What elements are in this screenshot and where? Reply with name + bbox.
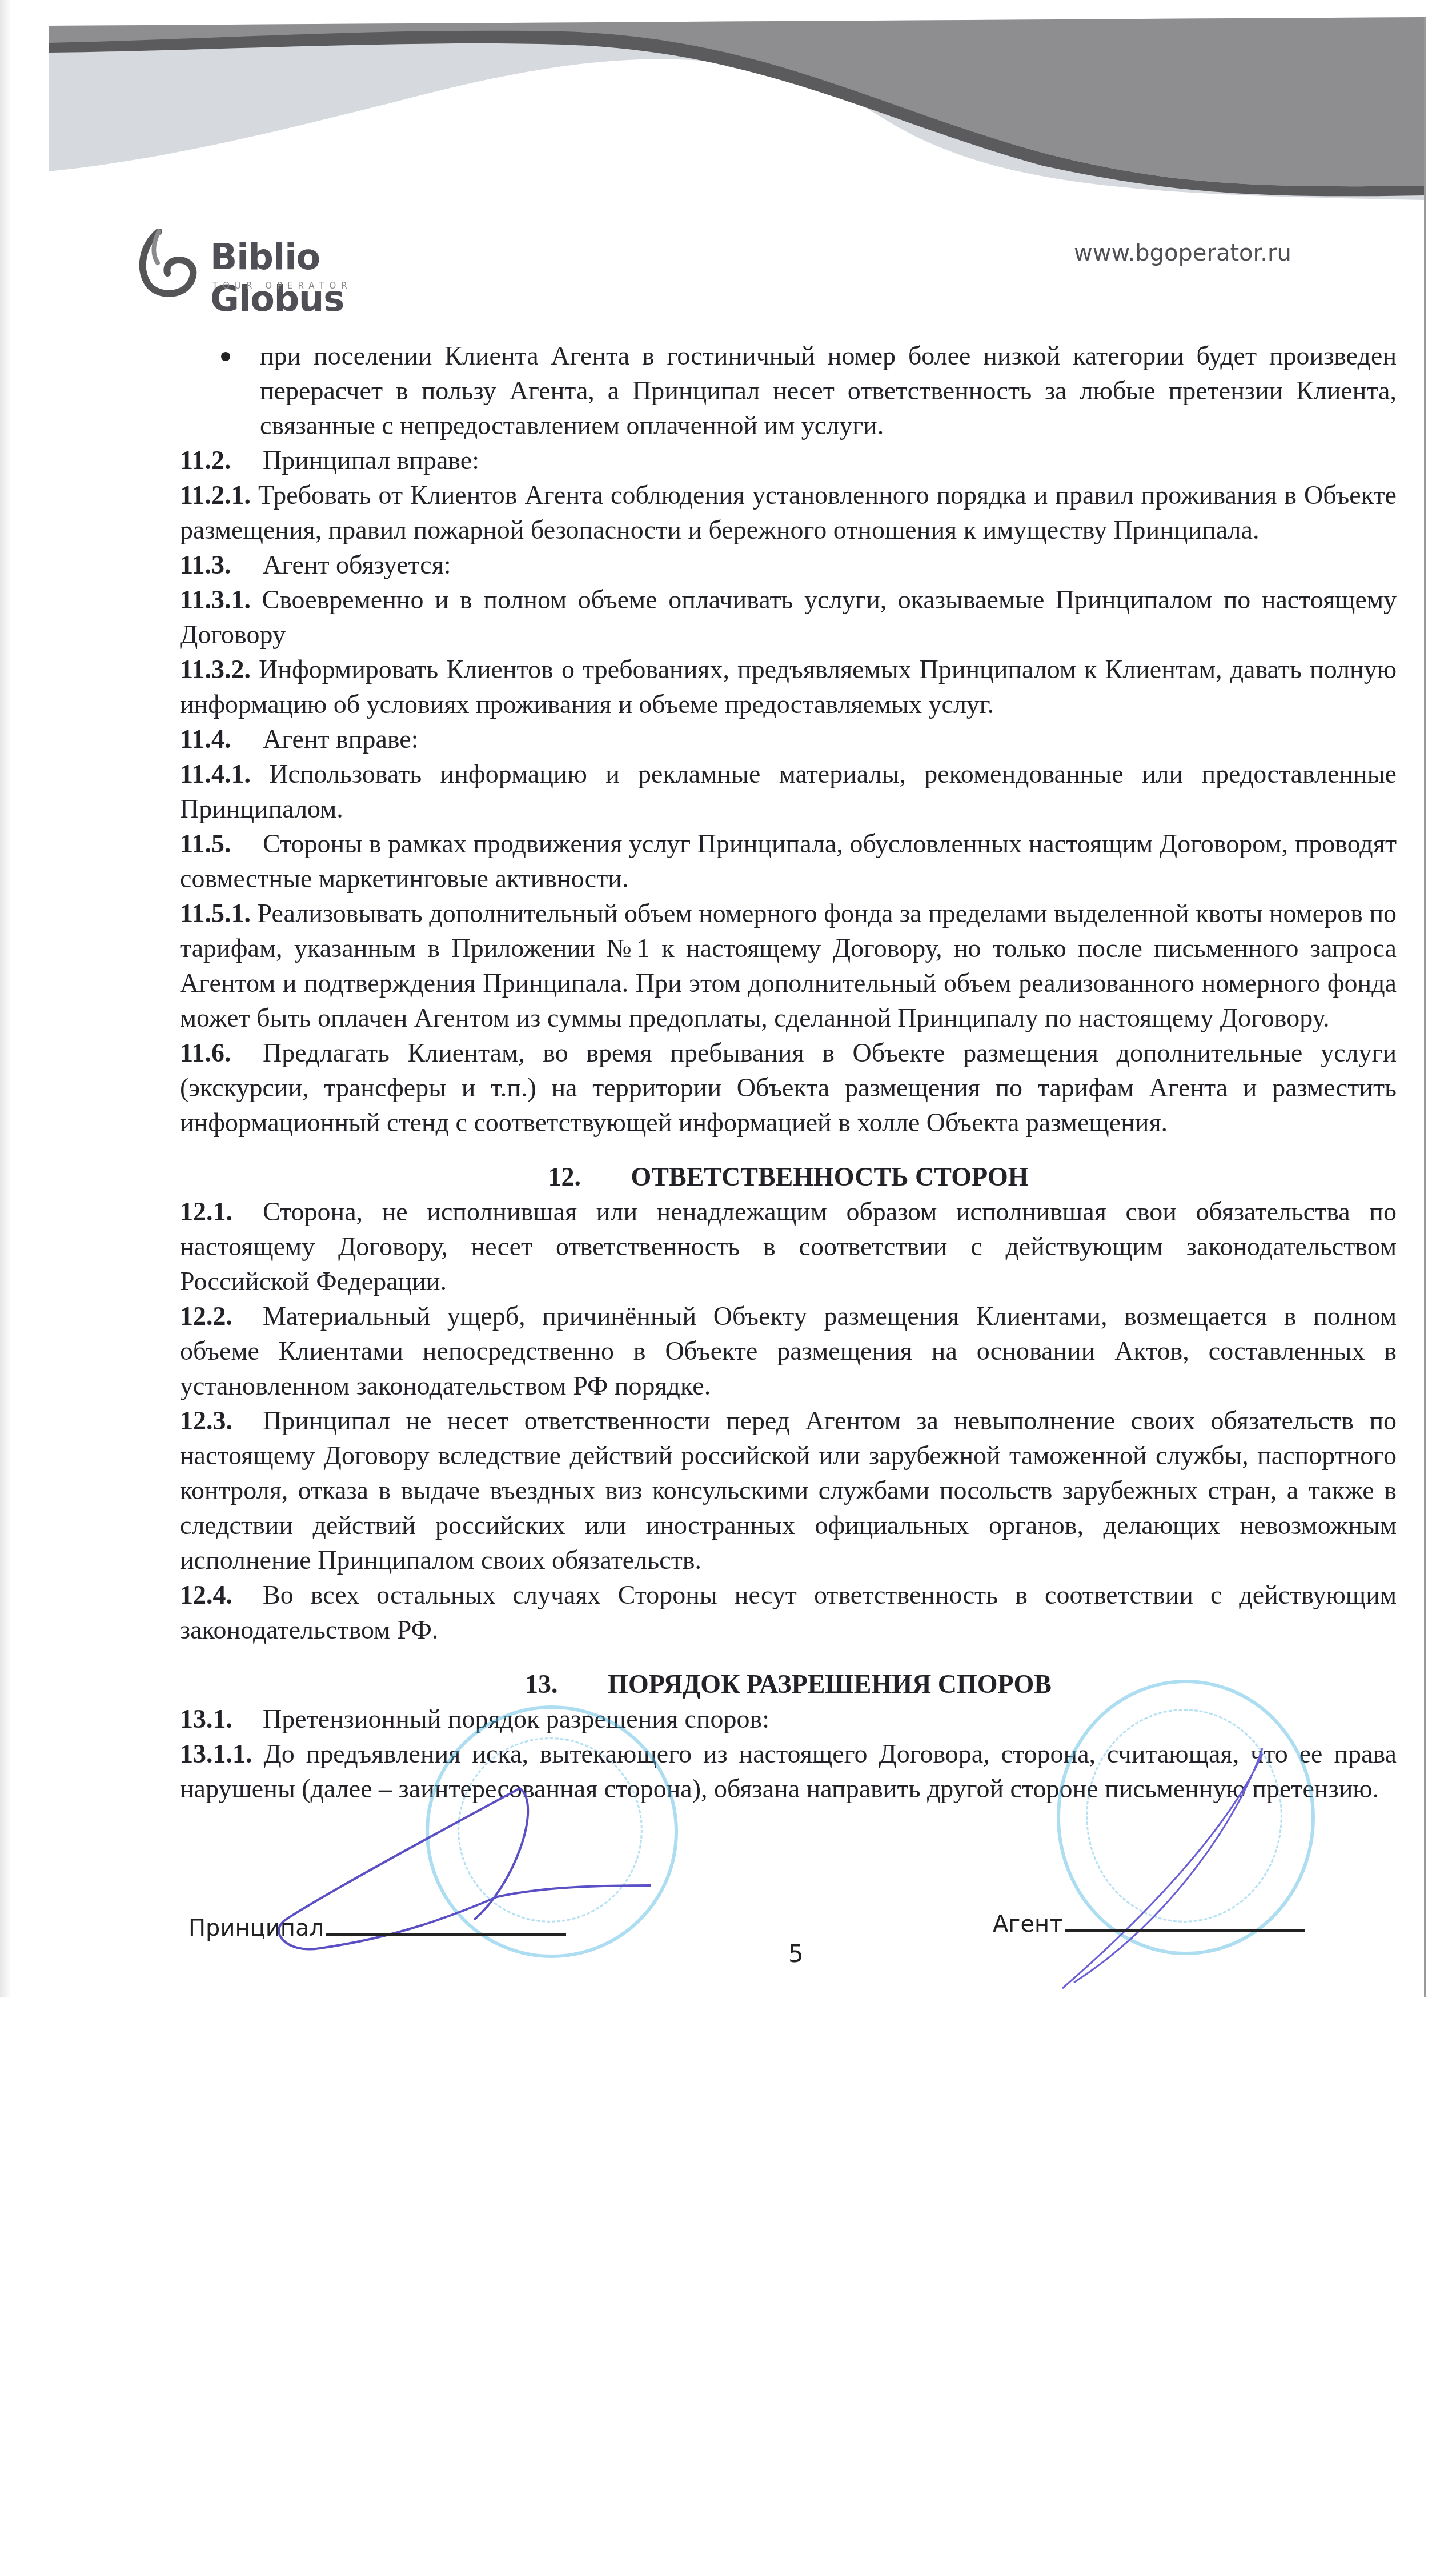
clause-12-1: 12.1.Сторона, не исполнившая или ненадле… [180, 1194, 1397, 1299]
scan-edge-left [0, 0, 11, 1997]
bullet-paragraph: при поселении Клиента Агента в гостиничн… [180, 338, 1397, 443]
page-number: 5 [788, 1940, 804, 1968]
scan-edge-right [1424, 17, 1426, 1997]
logo-name: Biblio Globus [210, 236, 456, 319]
logo-subtitle: TOUR OPERATOR [212, 281, 352, 291]
clause-11-3-1: 11.3.1. Своевременно и в полном объеме о… [180, 582, 1397, 652]
clause-12-3: 12.3.Принципал не несет ответственности … [180, 1403, 1397, 1577]
clause-11-2-1: 11.2.1. Требовать от Клиентов Агента соб… [180, 478, 1397, 547]
clause-11-5: 11.5.Стороны в рамках продвижения услуг … [180, 826, 1397, 896]
clause-12-4: 12.4.Во всех остальных случаях Стороны н… [180, 1577, 1397, 1647]
clause-11-5-1: 11.5.1. Реализовывать дополнительный объ… [180, 896, 1397, 1035]
scanned-page: Biblio Globus TOUR OPERATOR www.bgoperat… [0, 0, 1456, 2000]
biblio-globus-logo: Biblio Globus TOUR OPERATOR [136, 226, 456, 300]
header-wave-banner [49, 17, 1424, 206]
principal-signature-line: Принципал [188, 1915, 566, 1941]
agent-signature-line: Агент [993, 1911, 1305, 1937]
website-url: www.bgoperator.ru [1074, 240, 1291, 266]
clause-11-3: 11.3.Агент обязуется: [180, 547, 1397, 582]
clause-12-2: 12.2.Материальный ущерб, причинённый Объ… [180, 1299, 1397, 1403]
logo-mark-icon [136, 229, 199, 297]
clause-11-4: 11.4.Агент вправе: [180, 722, 1397, 756]
clause-11-2: 11.2.Принципал вправе: [180, 443, 1397, 478]
clause-11-6: 11.6.Предлагать Клиентам, во время пребы… [180, 1035, 1397, 1140]
section-12-heading: 12.ОТВЕТСТВЕННОСТЬ СТОРОН [180, 1159, 1397, 1194]
clause-11-4-1: 11.4.1. Использовать информацию и реклам… [180, 756, 1397, 826]
clause-11-3-2: 11.3.2. Информировать Клиентов о требова… [180, 652, 1397, 722]
bullet-icon [221, 352, 230, 361]
document-body: при поселении Клиента Агента в гостиничн… [180, 338, 1397, 1806]
